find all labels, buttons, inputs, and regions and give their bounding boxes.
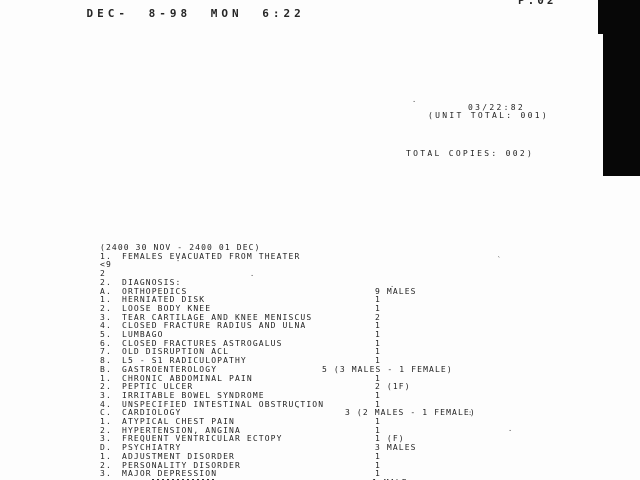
- row-text: PSYCHIATRY: [122, 443, 181, 452]
- row-number: 3.: [100, 469, 122, 478]
- row-text: MAJOR DEPRESSION: [122, 469, 217, 478]
- row-text: PEPTIC ULCER: [122, 382, 193, 391]
- report-row: 1.HERNIATED DISK1: [100, 295, 560, 304]
- row-number: 4.: [100, 321, 122, 330]
- row-number: 2.: [100, 382, 122, 391]
- row-number: 1.: [100, 452, 122, 461]
- row-number: 7.: [100, 347, 122, 356]
- row-text: CLOSED FRACTURE RADIUS AND ULNA: [122, 321, 306, 330]
- fax-page: DEC- 8-98 MON 6:22 P.02 03/22:82 (UNIT T…: [0, 0, 640, 480]
- report-row: 1.FEMALES EVACUATED FROM THEATER: [100, 252, 560, 261]
- report-row: 3.TEAR CARTILAGE AND KNEE MENISCUS2: [100, 313, 560, 322]
- row-count: 1: [375, 330, 381, 339]
- report-row: 8.L5 - S1 RADICULOPATHY1: [100, 356, 560, 365]
- row-count: 1: [375, 426, 381, 435]
- row-number: 3.: [100, 313, 122, 322]
- report-row: B.GASTROENTEROLOGY5 (3 MALES - 1 FEMALE): [100, 365, 560, 374]
- noise-speck: -: [176, 257, 180, 265]
- row-count: 2: [375, 313, 381, 322]
- row-text: GASTROENTEROLOGY: [122, 365, 217, 374]
- row-count: 2 (1F): [375, 382, 411, 391]
- noise-speck: .: [412, 96, 416, 104]
- row-number: 2.: [100, 426, 122, 435]
- row-number: 4.: [100, 400, 122, 409]
- row-number: 2.: [100, 461, 122, 470]
- row-text: L5 - S1 RADICULOPATHY: [122, 356, 247, 365]
- noise-speck: .: [296, 402, 300, 410]
- meta-unit-total: (UNIT TOTAL: 001): [428, 111, 549, 120]
- row-count: 1: [375, 347, 381, 356]
- row-text: HERNIATED DISK: [122, 295, 205, 304]
- row-number: 6.: [100, 339, 122, 348]
- row-text: FEMALES EVACUATED FROM THEATER: [122, 252, 300, 261]
- row-number: 2.: [100, 304, 122, 313]
- scan-artifact-bar-right: [603, 28, 640, 176]
- row-count: 9 MALES: [375, 287, 417, 296]
- report-row: 2.HYPERTENSION, ANGINA1: [100, 426, 560, 435]
- row-number: 3.: [100, 434, 122, 443]
- report-row: 1.ATYPICAL CHEST PAIN1: [100, 417, 560, 426]
- noise-speck: :: [468, 409, 472, 417]
- row-number: 8.: [100, 356, 122, 365]
- row-count: 1: [375, 321, 381, 330]
- fax-header-datetime: DEC- 8-98 MON 6:22: [87, 7, 305, 20]
- row-count: 1: [375, 417, 381, 426]
- row-count: 1: [375, 304, 381, 313]
- row-text: ATYPICAL CHEST PAIN: [122, 417, 235, 426]
- row-text: ORTHOPEDICS: [122, 287, 187, 296]
- row-text: CHRONIC ABDOMINAL PAIN: [122, 374, 253, 383]
- report-row: 2.PERSONALITY DISORDER1: [100, 461, 560, 470]
- row-number: C.: [100, 408, 122, 417]
- row-text: (2400 30 NOV - 2400 01 DEC): [100, 243, 261, 252]
- row-number: 1.: [100, 252, 122, 261]
- report-row: A.ORTHOPEDICS9 MALES: [100, 287, 560, 296]
- row-number: D.: [100, 443, 122, 452]
- row-text: LOOSE BODY KNEE: [122, 304, 211, 313]
- row-number: 5.: [100, 330, 122, 339]
- row-text: DIAGNOSIS:: [122, 278, 181, 287]
- row-count: 1: [375, 295, 381, 304]
- report-row: (2400 30 NOV - 2400 01 DEC): [100, 243, 560, 252]
- row-number: A.: [100, 287, 122, 296]
- row-count: 1: [375, 391, 381, 400]
- row-number: 1.: [100, 417, 122, 426]
- row-count: 1: [375, 461, 381, 470]
- row-number: 1.: [100, 295, 122, 304]
- row-count: 3 (2 MALES - 1 FEMALE): [345, 408, 476, 417]
- row-count: 1: [375, 374, 381, 383]
- report-row: 4.UNSPECIFIED INTESTINAL OBSTRUCTION1: [100, 400, 560, 409]
- fax-transmission-header: DEC- 8-98 MON 6:22 P.02: [8, 0, 638, 46]
- report-row: 6.CLOSED FRACTURES ASTROGALUS1: [100, 339, 560, 348]
- row-count: 1: [375, 339, 381, 348]
- report-row: 5.LUMBAGO1: [100, 330, 560, 339]
- report-row: 4.CLOSED FRACTURE RADIUS AND ULNA1: [100, 321, 560, 330]
- row-number: 2.: [100, 278, 122, 287]
- row-count: 1: [375, 356, 381, 365]
- row-text: CARDIOLOGY: [122, 408, 181, 417]
- row-count: 3 MALES: [375, 443, 417, 452]
- row-count: 1: [375, 469, 381, 478]
- report-row: 2.PEPTIC ULCER2 (1F): [100, 382, 560, 391]
- row-number: <9: [100, 260, 122, 269]
- meta-total-copies: TOTAL COPIES: 002): [406, 149, 534, 158]
- report-row: 3.MAJOR DEPRESSION1: [100, 469, 560, 478]
- row-count: 1: [375, 400, 381, 409]
- row-text: ADJUSTMENT DISORDER: [122, 452, 235, 461]
- row-number: 1.: [100, 374, 122, 383]
- report-row: D.PSYCHIATRY3 MALES: [100, 443, 560, 452]
- report-row: 2.LOOSE BODY KNEE1: [100, 304, 560, 313]
- report-row: 2: [100, 269, 560, 278]
- report-row: 1.ADJUSTMENT DISORDER1: [100, 452, 560, 461]
- noise-speck: `: [497, 256, 501, 264]
- fax-header-page-number: P.02: [518, 0, 557, 7]
- row-number: B.: [100, 365, 122, 374]
- diagnosis-report: (2400 30 NOV - 2400 01 DEC)1.FEMALES EVA…: [100, 243, 560, 480]
- row-text: IRRITABLE BOWEL SYNDROME: [122, 391, 265, 400]
- row-count: 1 (F): [375, 434, 405, 443]
- report-row: 2.DIAGNOSIS:: [100, 278, 560, 287]
- row-text: PERSONALITY DISORDER: [122, 461, 241, 470]
- row-text: CLOSED FRACTURES ASTROGALUS: [122, 339, 283, 348]
- row-count: 5 (3 MALES - 1 FEMALE): [322, 365, 453, 374]
- report-row: 3.IRRITABLE BOWEL SYNDROME1: [100, 391, 560, 400]
- noise-speck: .: [250, 270, 254, 278]
- report-row: 7.OLD DISRUPTION ACL1: [100, 347, 560, 356]
- report-row: C.CARDIOLOGY3 (2 MALES - 1 FEMALE): [100, 408, 560, 417]
- report-row: <9: [100, 260, 560, 269]
- row-text: LUMBAGO: [122, 330, 164, 339]
- row-count: 1: [375, 452, 381, 461]
- report-row: 1.CHRONIC ABDOMINAL PAIN1: [100, 374, 560, 383]
- row-number: 3.: [100, 391, 122, 400]
- noise-speck: .: [390, 281, 394, 289]
- row-text: UNSPECIFIED INTESTINAL OBSTRUCTION: [122, 400, 324, 409]
- row-text: OLD DISRUPTION ACL: [122, 347, 229, 356]
- row-text: HYPERTENSION, ANGINA: [122, 426, 241, 435]
- noise-speck: .: [508, 425, 512, 433]
- report-row: 3.FREQUENT VENTRICULAR ECTOPY1 (F): [100, 434, 560, 443]
- row-text: TEAR CARTILAGE AND KNEE MENISCUS: [122, 313, 312, 322]
- row-number: 2: [100, 269, 122, 278]
- row-text: FREQUENT VENTRICULAR ECTOPY: [122, 434, 283, 443]
